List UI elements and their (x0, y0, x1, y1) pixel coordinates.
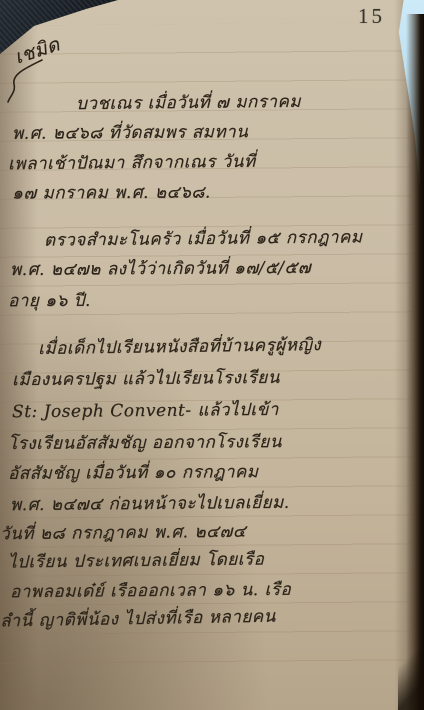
handwritten-line: เมืองนครปฐม แล้วไปเรียนโรงเรียน (12, 367, 280, 391)
notebook-photo: 15 เชมิด บวชเณร เมื่อวันที่ ๗ มกราคม พ.ศ… (0, 0, 424, 710)
margin-note-flourish-icon (6, 58, 56, 104)
handwritten-line: อาพลอมเด๋ย์ เรือออกเวลา ๑๖ น. เรือ (10, 579, 291, 603)
handwritten-line: ไปเรียน ประเทศเบลเยี่ยม โดยเรือ (8, 548, 265, 573)
handwritten-line: ๑๗ มกราคม พ.ศ. ๒๔๖๘. (12, 181, 211, 204)
handwritten-line: วันที่ ๒๘ กรกฎาคม พ.ศ. ๒๔๗๔ (0, 521, 246, 546)
handwritten-line: อายุ ๑๖ ปี. (8, 290, 91, 312)
handwritten-line: โรงเรียนอัสสัมชัญ ออกจากโรงเรียน (8, 431, 282, 455)
handwritten-line: พ.ศ. ๒๔๗๒ ลงไว้ว่าเกิดวันที่ ๑๗/๕/๕๗ (10, 257, 311, 281)
handwritten-line: St: Joseph Convent- แล้วไปเข้า (12, 399, 279, 423)
handwritten-line: อัสสัมชัญ เมื่อวันที่ ๑๐ กรกฎาคม (8, 461, 259, 485)
handwritten-line: เมื่อเด็กไปเรียนหนังสือที่บ้านครูผู้หญิง (38, 334, 321, 360)
handwritten-line: พ.ศ. ๒๔๖๘ ที่วัดสมพร สมทาน (12, 121, 248, 145)
handwritten-line: ตรวจสำมะโนครัว เมื่อวันที่ ๑๕ กรกฎาคม (44, 226, 363, 251)
page-number: 15 (358, 4, 385, 29)
page-edge-shadow (406, 14, 424, 710)
handwritten-line: บวชเณร เมื่อวันที่ ๗ มกราคม (76, 91, 301, 115)
handwritten-line: พ.ศ. ๒๔๗๔ ก่อนหน้าจะไปเบลเยี่ยม. (10, 492, 290, 516)
handwritten-line: เพลาเช้าปัณมา สึกจากเณร วันที่ (8, 151, 256, 176)
page-edge-shadow-bottom (398, 650, 424, 710)
